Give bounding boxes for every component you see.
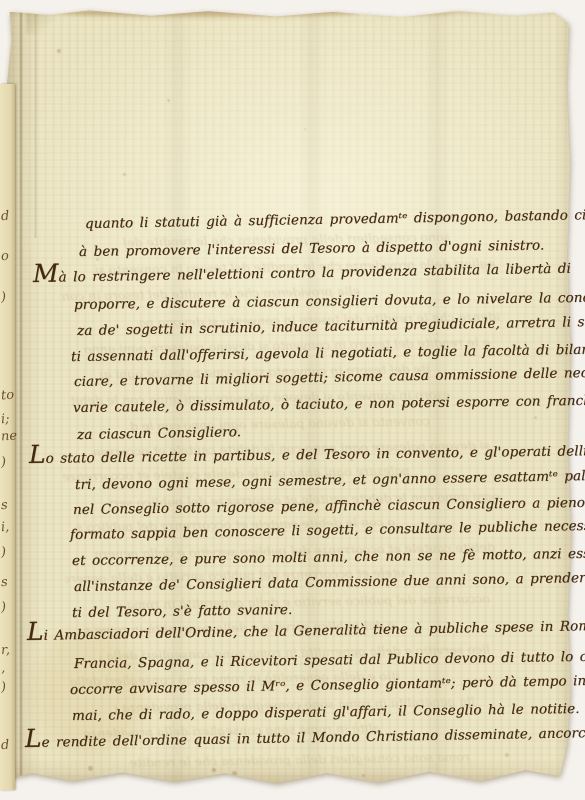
manuscript-line: all'instanze de' Consiglieri data Commis… <box>74 571 585 594</box>
manuscript-line: proporre, e discutere à ciascun consigli… <box>74 291 585 312</box>
manuscript-line: ti assennati dall'offerirsi, agevola li … <box>71 344 585 365</box>
manuscript-line: mai, che di rado, e doppo disperati gl'a… <box>72 703 580 724</box>
manuscript-line: ciare, e trovarne li migliori sogetti; s… <box>74 367 585 390</box>
manuscript-line: Le rendite dell'ordine quasi in tutto il… <box>25 727 585 751</box>
scanned-manuscript-page: do)toi;ne)si,)s)r,,)d sono conseglieri d… <box>0 0 585 800</box>
manuscript-line: za de' sogetti in scrutinio, induce taci… <box>77 315 585 338</box>
swash-capital: L <box>25 724 41 753</box>
manuscript-line: Mà lo restringere nell'elettioni contro … <box>33 263 571 286</box>
manuscript-line: Francia, Spagna, e li Ricevitori spesati… <box>74 651 585 672</box>
manuscript-line: Li Ambasciadori dell'Ordine, che la Gene… <box>27 620 585 644</box>
manuscript-line: varie cautele, ò dissimulato, ò taciuto,… <box>73 394 585 415</box>
manuscript-line: et occorrenze, e pure sono molti anni, c… <box>72 547 585 568</box>
manuscript-line: occorre avvisare spesso il Mʳᵒ, e Conseg… <box>70 674 585 697</box>
swash-capital: M <box>33 259 58 288</box>
manuscript-line: quanto li statuti già à sufficienza prov… <box>85 209 585 232</box>
swash-capital: L <box>27 617 43 646</box>
manuscript-line: nel Conseglio sotto rigorose pene, affin… <box>73 497 585 518</box>
manuscript-line: ti del Tesoro, s'è fatto svanire. <box>72 604 292 621</box>
manuscript-text-block: quanto li statuti già à sufficienza prov… <box>0 0 585 800</box>
manuscript-line: à ben promovere l'interessi del Tesoro à… <box>79 240 544 260</box>
manuscript-line: Lo stato delle ricette in partibus, e de… <box>29 445 585 467</box>
swash-capital: L <box>29 440 45 469</box>
manuscript-line: tri, devono ogni mese, ogni semestre, et… <box>75 470 585 493</box>
manuscript-line: formato sappia ben conoscere li sogetti,… <box>70 520 585 543</box>
manuscript-line: za ciascun Consigliero. <box>77 426 241 442</box>
